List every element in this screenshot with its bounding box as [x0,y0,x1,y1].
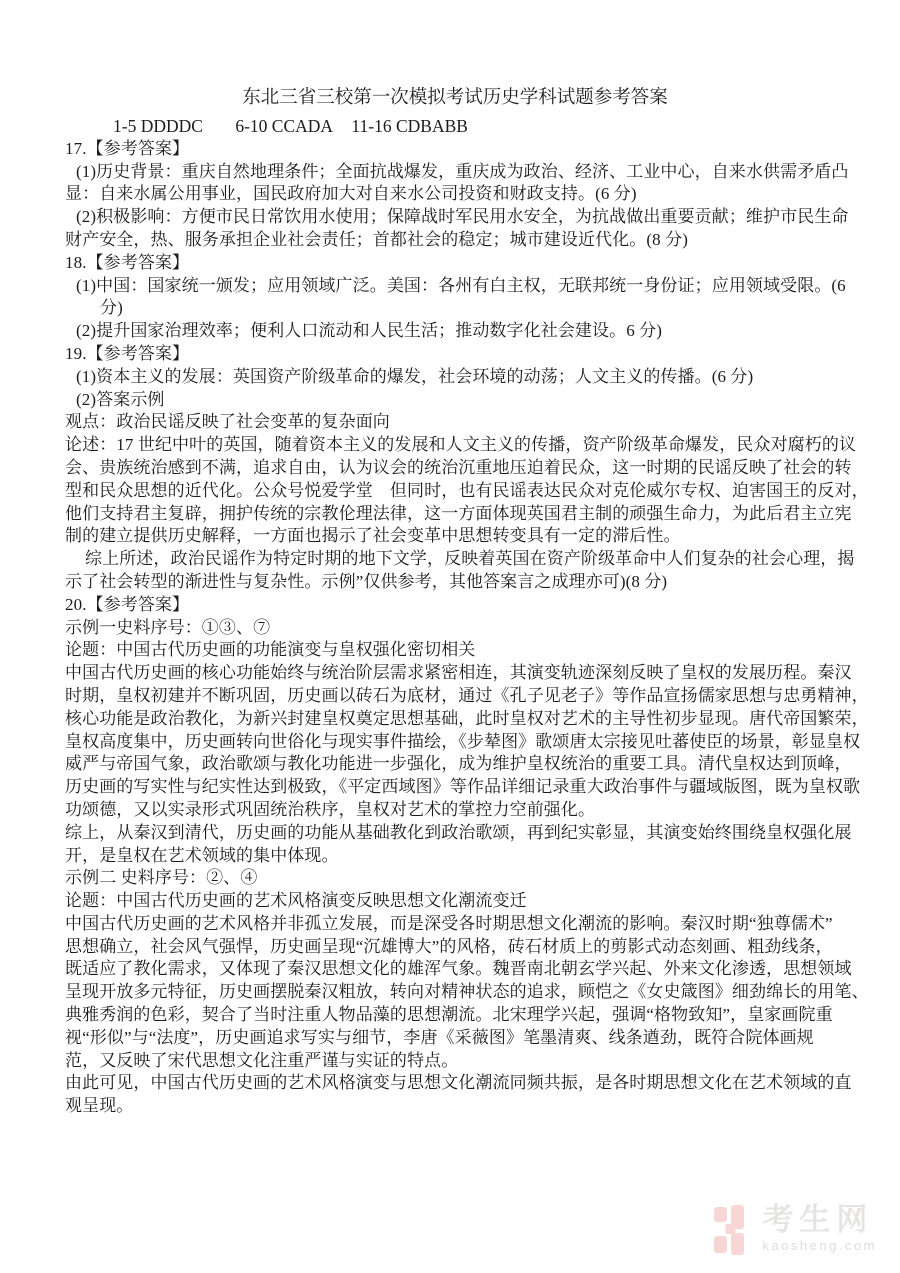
text-line: 论题：中国古代历史画的功能演变与皇权强化密切相关 [65,639,845,662]
kaosheng-logo-icon [714,1205,748,1255]
watermark-text: 考生网 kaosheng.com [762,1203,877,1254]
answer-key-group-2: 6-10 CCADA [235,115,333,138]
text-line: 制的建立提供历史解释，一方面也揭示了社会变革中思想转变具有一定的滞后性。 [65,525,845,548]
text-line: 论述：17 世纪中叶的英国，随着资本主义的发展和人文主义的传播，资产阶级革命爆发… [65,434,845,457]
text-line: 会、贵族统治感到不满，追求自由，认为议会的统治沉重地压迫着民众，这一时期的民谣反… [65,457,845,480]
text-line: 典雅秀润的色彩，契合了当时注重人物品藻的思想潮流。北宋理学兴起，强调“格物致知”… [65,1004,845,1027]
text-line: 威严与帝国气象，政治歌颂与教化功能进一步强化，成为维护皇权统治的重要工具。清代皇… [65,753,845,776]
text-line: 皇权高度集中，历史画转向世俗化与现实事件描绘，《步辇图》歌颂唐太宗接见吐蕃使臣的… [65,731,845,754]
text-line: 开，是皇权在艺术领域的集中体现。 [65,845,845,868]
text-line: (2)提升国家治理效率；便利人口流动和人民生活；推动数字化社会建设。6 分) [65,320,845,343]
text-line: 由此可见，中国古代历史画的艺术风格演变与思想文化潮流同频共振，是各时期思想文化在… [65,1072,845,1095]
text-line: 呈现开放多元特征，历史画摆脱秦汉粗放，转向对精神状态的追求，顾恺之《女史箴图》细… [65,981,845,1004]
text-line: 财产安全，热、服务承担企业社会责任；首都社会的稳定；城市建设近代化。(8 分) [65,229,845,252]
kaosheng-watermark: 考生网 kaosheng.com [714,1203,877,1255]
text-line: 视“形似”与“法度”，历史画追求写实与细节，李唐《采薇图》笔墨清爽、线条遒劲，既… [65,1027,845,1050]
text-line: (1)中国：国家统一颁发；应用领域广泛。美国：各州有白主权，无联邦统一身份证；应… [65,275,845,298]
watermark-site-domain: kaosheng.com [762,1238,877,1254]
text-line: 19.【参考答案】 [65,343,845,366]
text-line: (2)积极影响：方便市民日常饮用水使用；保障战时军民用水安全，为抗战做出重要贡献… [65,206,845,229]
text-line: 示了社会转型的渐进性与复杂性。示例”仅供参考，其他答案言之成理亦可)(8 分) [65,571,845,594]
text-line: 中国古代历史画的核心功能始终与统治阶层需求紧密相连，其演变轨迹深刻反映了皇权的发… [65,662,845,685]
text-line: 型和民众思想的近代化。公众号悦爱学堂 但同时，也有民谣表达民众对克伦威尔专权、迫… [65,480,845,503]
document-lines: 17.【参考答案】(1)历史背景：重庆自然地理条件；全面抗战爆发，重庆成为政治、… [65,138,845,1118]
text-line: 示例二 史料序号：②、④ [65,867,845,890]
text-line: 分) [65,297,845,320]
text-line: 既适应了教化需求，又体现了秦汉思想文化的雄浑气象。魏晋南北朝玄学兴起、外来文化渗… [65,958,845,981]
text-line: 他们支持君主复辟，拥护传统的宗教伦理法律，这一方面体现英国君主制的顽强生命力，为… [65,503,845,526]
text-line: 观呈现。 [65,1095,845,1118]
text-line: 18.【参考答案】 [65,252,845,275]
text-line: 中国古代历史画的艺术风格并非孤立发展，而是深受各时期思想文化潮流的影响。秦汉时期… [65,913,845,936]
watermark-site-name: 考生网 [762,1203,877,1236]
text-line: 观点：政治民谣反映了社会变革的复杂面向 [65,411,845,434]
text-line: 示例一史料序号：①③、⑦ [65,617,845,640]
text-line: 功颂德，又以实录形式巩固统治秩序，皇权对艺术的掌控力空前强化。 [65,799,845,822]
text-line: 论题：中国古代历史画的艺术风格演变反映思想文化潮流变迁 [65,890,845,913]
text-line: (1)历史背景：重庆自然地理条件；全面抗战爆发，重庆成为政治、经济、工业中心，自… [65,161,845,184]
text-line: 思想确立，社会风气强悍，历史画呈现“沉雄博大”的风格，砖石材质上的剪影式动态刻画… [65,936,845,959]
multiple-choice-answer-key: 1-5 DDDDC 6-10 CCADA 11-16 CDBABB [65,115,845,138]
answer-key-group-3: 11-16 CDBABB [351,115,468,138]
text-line: 综上，从秦汉到清代，历史画的功能从基础教化到政治歌颂，再到纪实彰显，其演变始终围… [65,822,845,845]
text-line: 显：自来水属公用事业，国民政府加大对自来水公司投资和财政支持。(6 分) [65,183,845,206]
text-line: 范，又反映了宋代思想文化注重严谨与实证的特点。 [65,1050,845,1073]
text-line: (1)资本主义的发展：英国资产阶级革命的爆发，社会环境的动荡；人文主义的传播。(… [65,366,845,389]
page-title: 东北三省三校第一次模拟考试历史学科试题参考答案 [65,86,845,111]
text-line: 核心功能是政治教化，为新兴封建皇权奠定思想基础，此时皇权对艺术的主导性初步显现。… [65,708,845,731]
text-line: 时期，皇权初建并不断巩固，历史画以砖石为底材，通过《孔子见老子》等作品宣扬儒家思… [65,685,845,708]
answer-key-group-1: 1-5 DDDDC [113,115,203,138]
answer-sheet-document: 东北三省三校第一次模拟考试历史学科试题参考答案 1-5 DDDDC 6-10 C… [65,86,845,1118]
text-line: 20.【参考答案】 [65,594,845,617]
text-line: 历史画的写实性与纪实性达到极致，《平定西域图》等作品详细记录重大政治事件与疆域版… [65,776,845,799]
text-line: 综上所述，政治民谣作为特定时期的地下文学，反映着英国在资产阶级革命中人们复杂的社… [65,548,845,571]
text-line: 17.【参考答案】 [65,138,845,161]
text-line: (2)答案示例 [65,389,845,412]
